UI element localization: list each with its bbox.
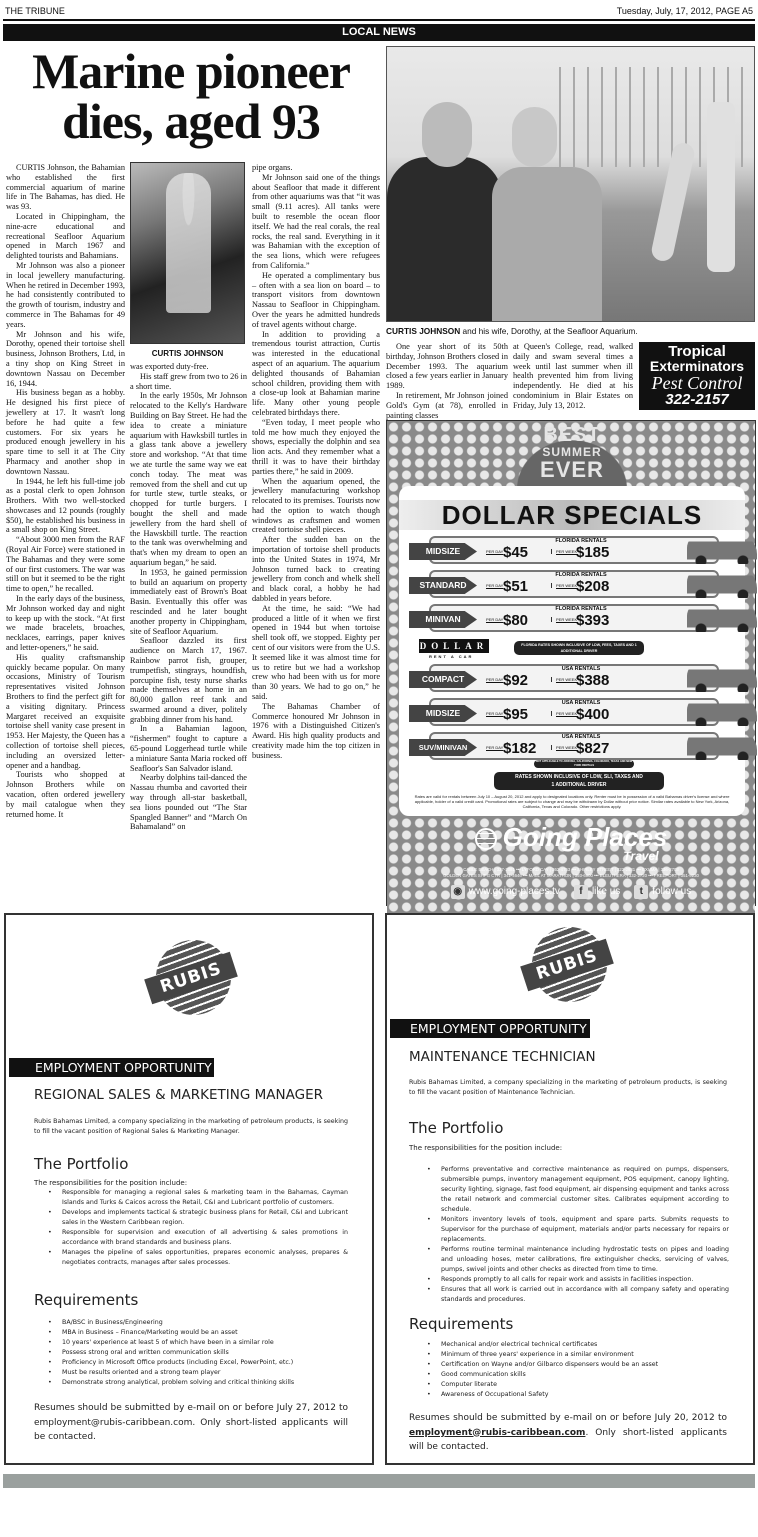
minivan-image — [687, 602, 757, 632]
list-item: Mechanical and/or electrical technical c… — [441, 1340, 729, 1350]
woman-figure — [492, 167, 602, 322]
per-week-price: $388 — [576, 672, 609, 689]
going-places-footer: Going Places Travel CABLE BEACH | 327-20… — [387, 821, 755, 907]
man-figure — [387, 157, 502, 322]
category-tag: COMPACT — [409, 671, 477, 688]
dollar-logo: DOLLAR — [419, 639, 489, 653]
woman-head — [512, 107, 557, 167]
per-week-label: PER WEEK — [551, 617, 577, 622]
headline: Marine pioneer dies, aged 93 — [5, 46, 377, 146]
list-item: Proficiency in Microsoft Office products… — [62, 1358, 348, 1368]
per-day-price: $182 — [503, 740, 536, 757]
paragraph: When the aquarium opened, the jewellery … — [252, 477, 380, 536]
twitter-link[interactable]: tfollow us — [634, 885, 691, 899]
paragraph: His quality craftsmanship quickly became… — [6, 653, 125, 771]
responsibilities-list: Performs preventative and corrective mai… — [441, 1165, 729, 1305]
article-column-5: at Queen's College, read, walked daily a… — [513, 342, 633, 411]
list-item: Computer literate — [441, 1380, 729, 1390]
johnson-couple-photo — [386, 46, 755, 322]
per-day-label: PER DAY — [486, 583, 503, 588]
per-day-label: PER DAY — [486, 549, 503, 554]
photo-caption-2: CURTIS JOHNSON and his wife, Dorothy, at… — [386, 326, 638, 336]
curtis-johnson-photo — [130, 162, 245, 344]
responsibilities-label: The responsibilities for the position in… — [409, 1144, 562, 1152]
twitter-text: follow us — [652, 886, 691, 897]
per-week-price: $185 — [576, 544, 609, 561]
fine-print: Rates are valid for rentals between July… — [407, 794, 737, 809]
best-summer-ever-badge: BEST SUMMER EVER — [502, 427, 642, 489]
list-item: Responsible for supervision and executio… — [62, 1228, 348, 1248]
resume-instructions: Resumes should be submitted by e-mail on… — [34, 1401, 348, 1445]
dollar-specials-title: DOLLAR SPECIALS — [399, 500, 745, 530]
resume-text: Resumes should be submitted by e-mail on… — [409, 1413, 727, 1423]
trainer-figure — [707, 102, 735, 272]
responsibilities-label: The responsibilities for the position in… — [34, 1179, 187, 1187]
masthead: THE TRIBUNE Tuesday, July, 17, 2012, PAG… — [5, 4, 753, 18]
facebook-link[interactable]: flike us — [574, 885, 620, 899]
list-item: Monitors inventory levels of tools, equi… — [441, 1215, 729, 1245]
rate-row: MINIVAN FLORIDA RENTALS PER DAY $80 PER … — [429, 604, 719, 632]
rubis-logo: RUBIS — [146, 940, 236, 1015]
agency-sub: Travel — [387, 851, 755, 861]
per-day-price: $92 — [503, 672, 528, 689]
florida-rates-note: FLORIDA RATES SHOWN INCLUSIVE OF LDW, FE… — [514, 641, 644, 655]
going-places-logo: Going Places — [387, 823, 755, 851]
paragraph: at Queen's College, read, walked daily a… — [513, 342, 633, 411]
bottom-bar — [3, 1474, 755, 1488]
facebook-text: like us — [592, 886, 620, 897]
requirements-list: BA/BSC in Business/Engineering MBA in Bu… — [62, 1318, 348, 1388]
list-item: Certification on Wayne and/or Gilbarco d… — [441, 1360, 729, 1370]
paragraph: “About 3000 men from the RAF (Royal Air … — [6, 535, 125, 594]
paragraph: Seafloor dazzled its first audience on M… — [130, 636, 247, 724]
pest-ad-line1: Tropical — [639, 344, 755, 359]
article-column-4: One year short of its 50th birthday, Joh… — [386, 342, 508, 420]
job-title: REGIONAL SALES & MARKETING MANAGER — [34, 1087, 323, 1103]
list-item: Responds promptly to all calls for repai… — [441, 1275, 729, 1285]
paragraph: In 1953, he gained permission to build a… — [130, 568, 247, 637]
paragraph: Nearby dolphins tail-danced the Nassau r… — [130, 773, 247, 832]
paragraph: He operated a complimentary bus – often … — [252, 271, 380, 330]
per-day-label: PER DAY — [486, 711, 503, 716]
portfolio-heading: The Portfolio — [34, 1155, 128, 1173]
paragraph: was exported duty-free. — [130, 362, 247, 372]
rate-row: STANDARD FLORIDA RENTALS PER DAY $51 PER… — [429, 570, 719, 598]
specials-panel: DOLLAR SPECIALS MIDSIZE FLORIDA RENTALS … — [399, 486, 745, 816]
rate-row: MIDSIZE FLORIDA RENTALS PER DAY $45 PER … — [429, 536, 719, 564]
requirements-heading: Requirements — [409, 1315, 513, 1333]
dollar-rental-ad[interactable]: BEST SUMMER EVER DOLLAR SPECIALS MIDSIZE… — [386, 420, 756, 906]
agency-name: Going Places — [503, 822, 668, 852]
twitter-icon: t — [634, 885, 648, 899]
dollar-logo-sub: RENT A CAR — [429, 654, 473, 659]
rate-row: SUV/MINIVAN USA RENTALS PER DAY $182 PER… — [429, 732, 719, 760]
person-figure — [166, 173, 211, 313]
per-week-price: $400 — [576, 706, 609, 723]
list-item: Responsible for managing a regional sale… — [62, 1188, 348, 1208]
paragraph: In the early days of the business, Mr Jo… — [6, 594, 125, 653]
list-item: Develops and implements tactical & strat… — [62, 1208, 348, 1228]
paragraph: CURTIS Johnson, the Bahamian who establi… — [6, 163, 125, 212]
headline-line-1: Marine pioneer — [5, 46, 377, 96]
caption-text: and his wife, Dorothy, at the Seafloor A… — [460, 326, 637, 336]
paragraph: In retirement, Mr Johnson joined Gold's … — [386, 391, 508, 420]
job-intro: Rubis Bahamas Limited, a company special… — [34, 1117, 348, 1137]
section-bar: LOCAL NEWS — [3, 24, 755, 41]
email-link[interactable]: employment@rubis-caribbean.com — [34, 1418, 192, 1428]
facebook-icon: f — [574, 885, 588, 899]
per-week-label: PER WEEK — [551, 583, 577, 588]
rate-row: COMPACT USA RENTALS PER DAY $92 PER WEEK… — [429, 664, 719, 692]
per-week-price: $393 — [576, 612, 609, 629]
social-links: ◉www.going-places.tv flike us tfollow us — [387, 885, 755, 899]
requirements-heading: Requirements — [34, 1291, 138, 1309]
per-day-label: PER DAY — [486, 677, 503, 682]
per-day-label: PER DAY — [486, 745, 503, 750]
paragraph: His business began as a hobby. He design… — [6, 388, 125, 476]
list-item: Manages the pipeline of sales opportunit… — [62, 1248, 348, 1268]
pest-control-ad[interactable]: Tropical Exterminators Pest Control 322-… — [639, 342, 755, 410]
resume-instructions: Resumes should be submitted by e-mail on… — [409, 1411, 727, 1455]
list-item: 10 years' experience at least 5 of which… — [62, 1338, 348, 1348]
list-item: Minimum of three years' experience in a … — [441, 1350, 729, 1360]
requirements-list: Mechanical and/or electrical technical c… — [441, 1340, 729, 1400]
per-day-price: $80 — [503, 612, 528, 629]
caption-bold: CURTIS JOHNSON — [386, 326, 460, 336]
responsibilities-list: Responsible for managing a regional sale… — [62, 1188, 348, 1268]
pest-ad-phone: 322-2157 — [639, 392, 755, 407]
list-item: BA/BSC in Business/Engineering — [62, 1318, 348, 1328]
paragraph: Mr Johnson was also a pioneer in local j… — [6, 261, 125, 330]
paragraph: In 1944, he left his full-time job as a … — [6, 477, 125, 536]
list-item: Performs routine terminal maintenance in… — [441, 1245, 729, 1275]
article-column-1: CURTIS Johnson, the Bahamian who establi… — [6, 163, 125, 819]
category-tag: MIDSIZE — [409, 543, 477, 560]
job-ad-maintenance-technician: RUBIS EMPLOYMENT OPPORTUNITY MAINTENANCE… — [385, 913, 755, 1465]
list-item: MBA in Business – Finance/Marketing woul… — [62, 1328, 348, 1338]
paragraph: After the sudden ban on the importation … — [252, 535, 380, 604]
car-image — [687, 662, 757, 692]
job-title: MAINTENANCE TECHNICIAN — [409, 1049, 596, 1065]
dateline: Tuesday, July, 17, 2012, PAGE A5 — [617, 6, 753, 16]
paragraph: In a Bahamian lagoon, “fishermen” fought… — [130, 724, 247, 773]
list-item: Performs preventative and corrective mai… — [441, 1165, 729, 1215]
per-day-price: $51 — [503, 578, 528, 595]
employment-banner: EMPLOYMENT OPPORTUNITY — [390, 1019, 590, 1038]
paragraph: His staff grew from two to 26 in a short… — [130, 372, 247, 392]
paragraph: “Even today, I meet people who told me h… — [252, 418, 380, 477]
car-image — [687, 696, 757, 726]
job-ad-sales-manager: RUBIS EMPLOYMENT OPPORTUNITY REGIONAL SA… — [4, 913, 374, 1465]
list-item: Ensures that all work is carried out in … — [441, 1285, 729, 1305]
paragraph: Located in Chippingham, the nine-acre ed… — [6, 212, 125, 261]
per-week-label: PER WEEK — [551, 677, 577, 682]
website-link[interactable]: ◉www.going-places.tv — [451, 885, 560, 899]
per-day-price: $45 — [503, 544, 528, 561]
job-intro: Rubis Bahamas Limited, a company special… — [409, 1078, 727, 1098]
category-tag: STANDARD — [409, 577, 477, 594]
category-tag: MIDSIZE — [409, 705, 477, 722]
per-day-label: PER DAY — [486, 617, 503, 622]
article-column-3: pipe organs. Mr Johnson said one of the … — [252, 163, 380, 761]
rate-row: MIDSIZE USA RENTALS PER DAY $95 PER WEEK… — [429, 698, 719, 726]
employment-banner: EMPLOYMENT OPPORTUNITY — [9, 1058, 214, 1077]
list-item: Possess strong oral and written communic… — [62, 1348, 348, 1358]
locations-line-2: GOLDEN GATES SHPG CTR | 341-4646 ••• MAL… — [387, 873, 755, 879]
headline-line-2: dies, aged 93 — [5, 96, 377, 146]
rubis-logo: RUBIS — [522, 927, 612, 1002]
per-week-label: PER WEEK — [551, 745, 577, 750]
man-head — [422, 102, 472, 167]
suv-image — [687, 730, 757, 760]
article-column-2: was exported duty-free. His staff grew f… — [130, 362, 247, 832]
email-link[interactable]: employment@rubis-caribbean.com — [409, 1428, 585, 1438]
list-item: Awareness of Occupational Safety — [441, 1390, 729, 1400]
paragraph: The Bahamas Chamber of Commerce honoured… — [252, 702, 380, 761]
list-item: Must be results oriented and a strong te… — [62, 1368, 348, 1378]
car-image — [687, 568, 757, 598]
pest-ad-line2: Exterminators — [639, 359, 755, 374]
category-tag: SUV/MINIVAN — [409, 739, 477, 756]
paragraph: Mr Johnson and his wife, Dorothy, opened… — [6, 330, 125, 389]
photo-caption: CURTIS JOHNSON — [130, 349, 245, 358]
usa-rates-note: RATES SHOWN INCLUSIVE OF LDW, SLI, TAXES… — [494, 772, 664, 790]
per-week-label: PER WEEK — [551, 549, 577, 554]
resume-text: Resumes should be submitted by e-mail on… — [34, 1403, 348, 1413]
per-week-price: $208 — [576, 578, 609, 595]
pest-ad-line3: Pest Control — [639, 374, 755, 392]
paragraph: At the time, he said: “We had produced a… — [252, 604, 380, 702]
list-item: Good communication skills — [441, 1370, 729, 1380]
list-item: Demonstrate strong analytical, problem s… — [62, 1378, 348, 1388]
badge-line3: EVER — [502, 461, 642, 478]
per-week-price: $827 — [576, 740, 609, 757]
globe-icon — [475, 828, 497, 850]
suv-note: NOT APPLICABLE TO ARIZONA, CALIFORNIA, C… — [534, 760, 634, 768]
paragraph: In addition to providing a tremendous to… — [252, 330, 380, 418]
paragraph: pipe organs. — [252, 163, 380, 173]
website-text: www.going-places.tv — [469, 886, 560, 897]
mouse-icon: ◉ — [451, 885, 465, 899]
paragraph: One year short of its 50th birthday, Joh… — [386, 342, 508, 391]
per-day-price: $95 — [503, 706, 528, 723]
paragraph: Tourists who shopped at Johnson Brothers… — [6, 770, 125, 819]
category-tag: MINIVAN — [409, 611, 477, 628]
masthead-rule — [3, 19, 755, 21]
portfolio-heading: The Portfolio — [409, 1119, 503, 1137]
car-image — [687, 534, 757, 564]
paragraph: In the early 1950s, Mr Johnson relocated… — [130, 391, 247, 567]
badge-line1: BEST — [502, 427, 642, 444]
paper-name: THE TRIBUNE — [5, 6, 65, 16]
per-week-label: PER WEEK — [551, 711, 577, 716]
paragraph: Mr Johnson said one of the things about … — [252, 173, 380, 271]
